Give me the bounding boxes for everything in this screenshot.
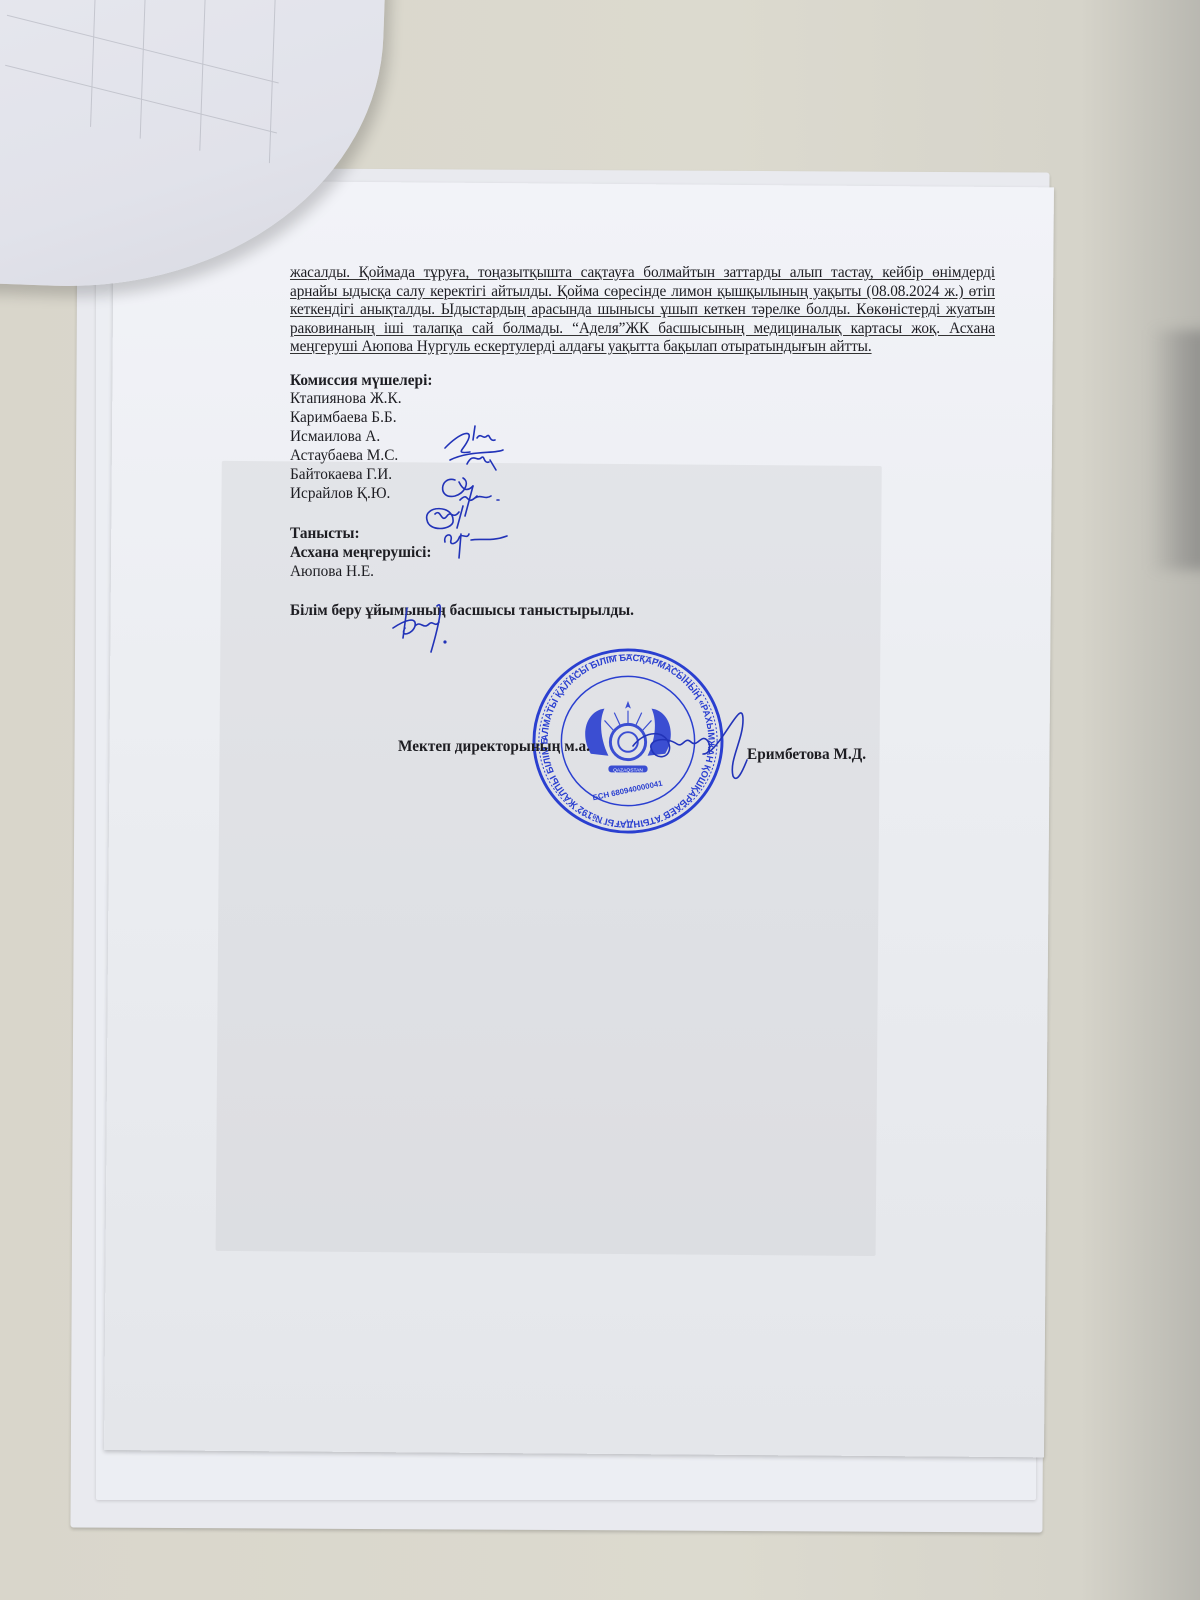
commission-member: Байтокаева Г.И. [290,466,995,485]
commission-heading: Комиссия мүшелері: [290,371,995,390]
commission-member: Каримбаева Б.Б. [290,409,995,428]
director-title: Мектеп директорының м.а. [398,738,590,756]
canteen-head-heading: Асхана меңгерушісі: [290,543,995,562]
findings-paragraph: жасалды. Қоймада тұруға, тоңазытқышта са… [290,264,995,357]
acquainted-heading: Танысты: [290,524,995,543]
document-body: жасалды. Қоймада тұруға, тоңазытқышта са… [290,264,995,620]
commission-member: Астаубаева М.С. [290,447,995,466]
wall-shadow [1150,330,1200,570]
commission-member: Ктапиянова Ж.К. [290,390,995,409]
director-signature [625,700,775,790]
commission-members-list: Ктапиянова Ж.К. Каримбаева Б.Б. Исмаилов… [290,390,995,504]
bleed-table-grid [0,0,285,163]
commission-member: Исрайлов Қ.Ю. [290,485,995,504]
commission-member: Исмаилова А. [290,428,995,447]
canteen-head-signature [385,598,455,658]
commission-signatures [415,420,515,560]
canteen-head-name: Аюпова Н.Е. [290,562,995,581]
